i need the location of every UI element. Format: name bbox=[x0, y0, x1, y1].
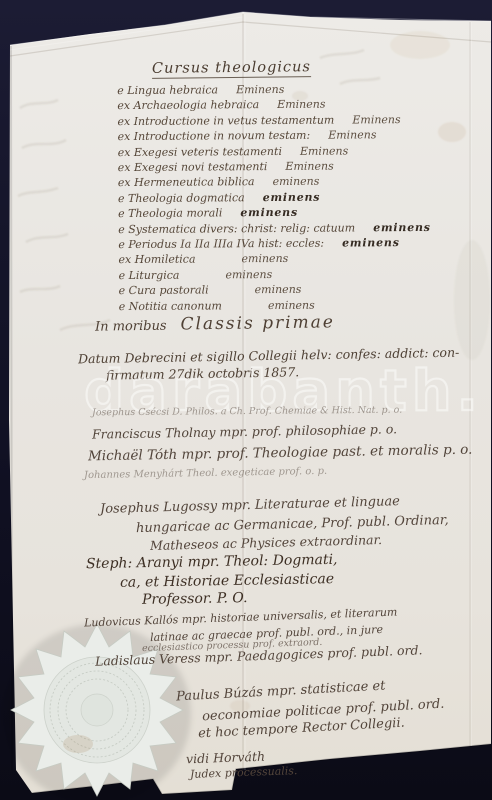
signature-line: Matheseos ac Physices extraordinar. bbox=[150, 532, 382, 553]
signature-line: vidi Horváth bbox=[186, 749, 266, 767]
signatures: Josephus Csécsi D. Philos. a Ch. Prof. C… bbox=[0, 0, 492, 800]
signature-line: Steph: Aranyi mpr. Theol: Dogmati, bbox=[86, 552, 338, 572]
signature-line: Johannes Menyhárt Theol. exegeticae prof… bbox=[84, 466, 327, 481]
photo-of-document: Cursus theologicus e Lingua hebraicaEmin… bbox=[0, 0, 492, 800]
signature-line: Professor. P. O. bbox=[142, 590, 248, 608]
signature-line: Judex processualis. bbox=[190, 764, 298, 781]
signature-line: Josephus Csécsi D. Philos. a Ch. Prof. C… bbox=[92, 405, 402, 419]
signature-line: Josephus Lugossy mpr. Literaturae et lin… bbox=[100, 494, 400, 517]
signature-line: Franciscus Tholnay mpr. prof. philosophi… bbox=[92, 421, 397, 441]
signature-line: hungaricae ac Germanicae, Prof. publ. Or… bbox=[136, 513, 449, 536]
signature-line: ca, et Historiae Ecclesiasticae bbox=[120, 571, 334, 591]
signature-line: Michaël Tóth mpr. prof. Theologiae past.… bbox=[88, 442, 473, 465]
